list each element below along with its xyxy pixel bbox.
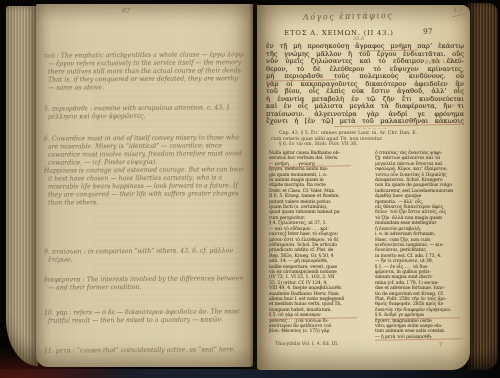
handwritten-note: 6. Cowardice must in and of itself conve… [44, 134, 245, 167]
handwritten-note: 10. γάρ : refers — ὁ δὲ — δικαιότερον ἀφ… [44, 308, 245, 325]
right-page-printed: Λόγος ἐπιτάφιος ΕΤΟΣ Α. ΧΕΙΜΩΝ. (II 43.)… [257, 5, 470, 370]
handwritten-notes-list: τοῦ : The emphatic article entitles a wh… [44, 4, 245, 355]
book-photograph: 67 2. τοῦ : The emphatic article entitle… [0, 0, 500, 378]
handwritten-note: Happiness is courage and esteemed courag… [44, 166, 245, 207]
page-edges-right [468, 3, 498, 370]
handwritten-note: τοῦ : The emphatic article entitles a wh… [44, 51, 245, 92]
handwritten-running-title: Λόγος ἐπιτάφιος [303, 11, 393, 22]
left-page-notes: 67 2. τοῦ : The emphatic article entitle… [36, 4, 253, 367]
greek-text-block: ἐν τῇ μὴ προσηκούσῃ ἄγραφος μνήμη παρ’ ἑ… [266, 43, 464, 126]
handwritten-note: 9. πταίσωσι : in comparison “with” other… [44, 247, 245, 264]
apparatus-line: § 6. ἐν τῷ om. Stob. Flor. VII 36. [271, 142, 461, 148]
commentary-column-right: ὁ πταίσας τὰς ἐναντίας ψηφι-ζῇ· πάντων φ… [375, 151, 467, 340]
handwritten-bracket: ( [259, 71, 262, 80]
sheet-number: 7 [439, 342, 442, 348]
commentary-line: βίου. Θάνατος (c. 175) γὰρ [269, 329, 369, 334]
commentary-column-left: Nulla igitur causa Badhamo ob-secutus ho… [269, 151, 369, 335]
handwritten-note: 5. περιορᾶσθε : examine with scrupulous … [44, 104, 245, 121]
handwritten-note: 11. μετά : “causes that” coincidentally … [44, 346, 245, 355]
volume-signature: Thucydidis Vol. I. 4. Ed. III. [275, 342, 339, 347]
page-edges-left [6, 6, 38, 366]
handwritten-note: διαφέροντα : The interests involved by t… [44, 275, 245, 292]
critical-apparatus: Cap. 43. § 5. ἔτι’ omnes praeter Laur. m… [271, 131, 461, 148]
page-number: 97 [423, 27, 433, 36]
page-header: ΕΤΟΣ Α. ΧΕΙΜΩΝ. (II 43.) [273, 29, 405, 37]
open-book: 67 2. τοῦ : The emphatic article entitle… [6, 3, 498, 372]
